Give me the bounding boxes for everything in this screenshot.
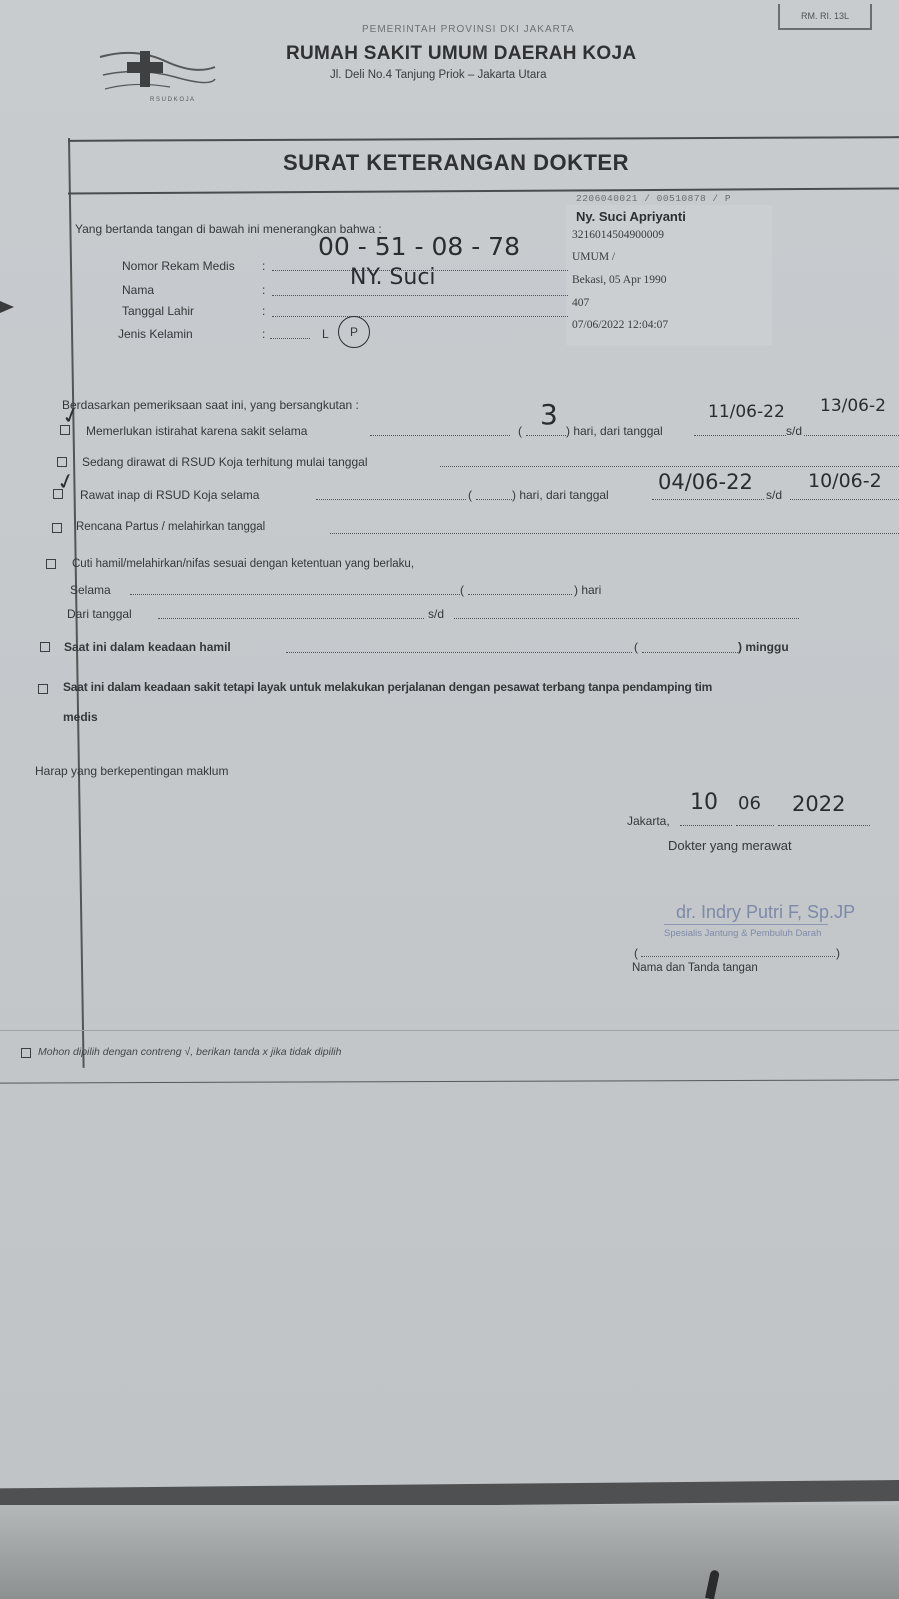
maternity-label: Cuti hamil/melahirkan/nifas sesuai denga… bbox=[72, 558, 414, 570]
sticker-name: Ny. Suci Apriyanti bbox=[576, 209, 686, 224]
footer-separator bbox=[0, 1030, 899, 1031]
dob-dotted-line[interactable] bbox=[272, 316, 568, 317]
pregnant-label: Saat ini dalam keadaan hamil bbox=[64, 640, 231, 654]
maternity-checkbox[interactable] bbox=[46, 559, 56, 569]
maternity-hari-text: ) hari bbox=[574, 583, 601, 597]
inpatient-to-dotted bbox=[790, 499, 899, 500]
rest-to-dotted bbox=[804, 435, 899, 436]
signature-dotted-line[interactable] bbox=[641, 956, 835, 957]
signature-caption: Nama dan Tanda tangan bbox=[632, 962, 758, 974]
travel-checkbox[interactable] bbox=[38, 684, 48, 694]
sticker-code: 2206040021 / 00510878 / P bbox=[576, 193, 731, 204]
sig-day-handwritten[interactable]: 10 bbox=[690, 790, 718, 815]
dob-label: Tanggal Lahir bbox=[122, 304, 194, 318]
delivery-checkbox[interactable] bbox=[52, 523, 62, 533]
maternity-sd-text: s/d bbox=[428, 607, 444, 621]
closing-text: Harap yang berkepentingan maklum bbox=[35, 764, 228, 778]
inpatient-to-handwritten[interactable]: 10/06-2 bbox=[808, 470, 882, 492]
maternity-selama-dotted bbox=[130, 594, 460, 595]
inpatient-hari-text: ) hari, dari tanggal bbox=[512, 488, 609, 502]
treated-checkbox[interactable] bbox=[57, 457, 67, 467]
inpatient-paren: ( bbox=[468, 488, 472, 502]
rest-days-dotted bbox=[526, 435, 566, 436]
form-code-box: RM. RI. 13L bbox=[778, 4, 872, 30]
maternity-selama-label: Selama bbox=[70, 583, 111, 597]
pregnant-paren: ( bbox=[634, 640, 638, 654]
doctor-stamp-specialty: Spesialis Jantung & Pembuluh Darah bbox=[664, 928, 821, 939]
name-handwritten[interactable]: NY. Suci bbox=[350, 265, 436, 290]
sig-year-handwritten[interactable]: 2022 bbox=[792, 792, 845, 816]
findings-intro: Berdasarkan pemeriksaan saat ini, yang b… bbox=[62, 398, 359, 412]
maternity-to-dotted[interactable] bbox=[454, 618, 799, 619]
rest-label: Memerlukan istirahat karena sakit selama bbox=[86, 424, 307, 438]
name-colon: : bbox=[262, 283, 265, 297]
arrow-marker-icon bbox=[0, 301, 14, 313]
mrn-handwritten[interactable]: 00 - 51 - 08 - 78 bbox=[318, 232, 520, 261]
inpatient-dotted-line bbox=[316, 499, 466, 500]
pregnant-weeks-text: ) minggu bbox=[738, 640, 789, 654]
frame-bottom-line bbox=[0, 1079, 899, 1083]
signature-place: Jakarta, bbox=[627, 814, 670, 828]
svg-text:R S U D K O J A: R S U D K O J A bbox=[150, 97, 194, 103]
rest-days-handwritten[interactable]: 3 bbox=[540, 398, 558, 431]
sticker-room: 407 bbox=[572, 297, 589, 309]
sig-month-dotted bbox=[736, 825, 774, 826]
name-dotted-line bbox=[272, 295, 568, 296]
hospital-cross-logo-icon: R S U D K O J A bbox=[95, 45, 220, 105]
footnote-checkbox-icon bbox=[21, 1048, 31, 1058]
document-title: SURAT KETERANGAN DOKTER bbox=[283, 150, 629, 176]
rest-to-handwritten[interactable]: 13/06-2 bbox=[820, 396, 886, 416]
rest-sd-text: s/d bbox=[786, 424, 802, 438]
sex-colon: : bbox=[262, 327, 265, 341]
treated-dotted-line[interactable] bbox=[440, 466, 899, 467]
rest-from-dotted bbox=[694, 435, 786, 436]
sig-day-dotted bbox=[680, 825, 732, 826]
frame-top-line bbox=[68, 136, 899, 141]
delivery-label: Rencana Partus / melahirkan tanggal bbox=[76, 521, 265, 533]
travel-label-cont: medis bbox=[63, 710, 98, 724]
rest-paren: ( bbox=[518, 424, 522, 438]
sex-label: Jenis Kelamin bbox=[118, 327, 193, 341]
form-frame-left bbox=[68, 138, 84, 1068]
sticker-birth: Bekasi, 05 Apr 1990 bbox=[572, 274, 667, 286]
maternity-from-label: Dari tanggal bbox=[67, 607, 132, 621]
document-paper: RM. RI. 13L R S U D K O J A PEMERINTAH P… bbox=[0, 0, 899, 1488]
sex-dotted-line bbox=[270, 338, 310, 339]
travel-label: Saat ini dalam keadaan sakit tetapi laya… bbox=[63, 680, 712, 694]
dob-colon: : bbox=[262, 304, 265, 318]
name-label: Nama bbox=[122, 283, 154, 297]
sticker-timestamp: 07/06/2022 12:04:07 bbox=[572, 319, 668, 331]
sig-month-handwritten[interactable]: 06 bbox=[738, 793, 761, 814]
pregnant-weeks-dotted[interactable] bbox=[642, 652, 738, 653]
pregnant-dotted-line bbox=[286, 652, 632, 653]
mrn-colon: : bbox=[262, 259, 265, 273]
maternity-paren: ( bbox=[460, 583, 464, 597]
hospital-name: RUMAH SAKIT UMUM DAERAH KOJA bbox=[286, 43, 636, 65]
sticker-nik: 3216014504900009 bbox=[572, 229, 664, 241]
maternity-days-dotted[interactable] bbox=[468, 594, 572, 595]
inpatient-sd-text: s/d bbox=[766, 488, 782, 502]
rest-dotted-line bbox=[370, 435, 510, 436]
footnote-text: Mohon dipilih dengan contreng √, berikan… bbox=[38, 1046, 341, 1058]
inpatient-from-handwritten[interactable]: 04/06-22 bbox=[658, 470, 753, 494]
patient-sticker: 2206040021 / 00510878 / P Ny. Suci Apriy… bbox=[566, 205, 772, 345]
sig-year-dotted bbox=[778, 825, 870, 826]
rest-from-handwritten[interactable]: 11/06-22 bbox=[708, 402, 785, 422]
rest-hari-text: ) hari, dari tanggal bbox=[566, 424, 663, 438]
title-bottom-line bbox=[68, 187, 899, 194]
sex-option-p-circled[interactable]: P bbox=[338, 316, 370, 348]
sticker-category: UMUM / bbox=[572, 251, 615, 263]
sig-paren-close: ) bbox=[836, 946, 840, 960]
pregnant-checkbox[interactable] bbox=[40, 642, 50, 652]
government-label: PEMERINTAH PROVINSI DKI JAKARTA bbox=[362, 24, 575, 35]
stamp-underline bbox=[664, 924, 828, 925]
maternity-from-dotted[interactable] bbox=[158, 618, 424, 619]
hospital-address: Jl. Deli No.4 Tanjung Priok – Jakarta Ut… bbox=[330, 69, 546, 81]
background-surface bbox=[0, 1505, 899, 1599]
doctor-stamp-name: dr. Indry Putri F, Sp.JP bbox=[676, 902, 855, 923]
signature-role: Dokter yang merawat bbox=[668, 838, 792, 853]
sig-paren-open: ( bbox=[634, 946, 638, 960]
inpatient-from-dotted bbox=[652, 499, 764, 500]
delivery-dotted-line[interactable] bbox=[330, 533, 899, 534]
inpatient-label: Rawat inap di RSUD Koja selama bbox=[80, 488, 259, 502]
sex-option-l[interactable]: L bbox=[322, 327, 329, 341]
treated-label: Sedang dirawat di RSUD Koja terhitung mu… bbox=[82, 455, 368, 469]
mrn-label: Nomor Rekam Medis bbox=[122, 259, 235, 273]
inpatient-days-dotted[interactable] bbox=[476, 499, 512, 500]
